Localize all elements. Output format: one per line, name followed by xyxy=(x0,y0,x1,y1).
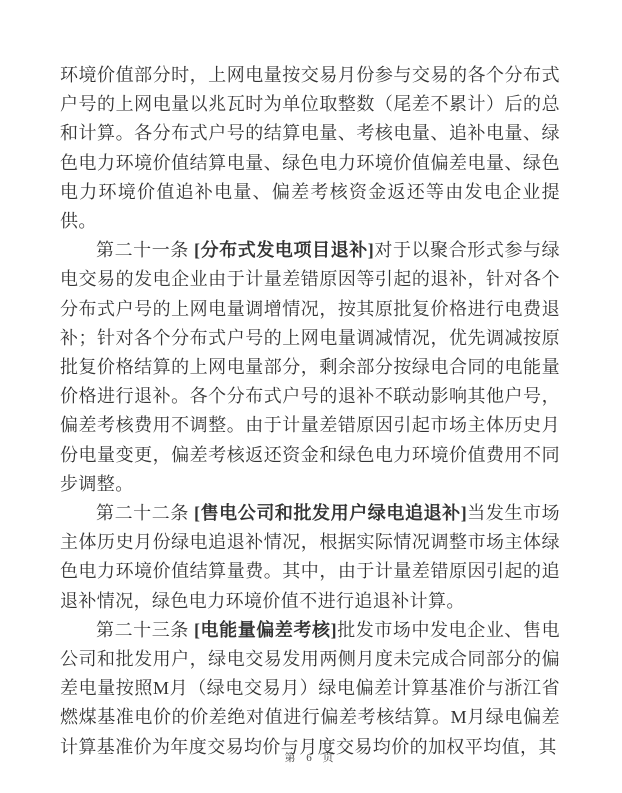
clause-title-run: [电能量偏差考核] xyxy=(194,620,337,640)
text-run: 第二十三条 xyxy=(96,620,194,640)
text-run: 第二十二条 xyxy=(96,503,194,523)
document-body: 环境价值部分时，上网电量按交易月份参与交易的各个分布式户号的上网电量以兆瓦时为单… xyxy=(60,61,560,762)
body-paragraph: 环境价值部分时，上网电量按交易月份参与交易的各个分布式户号的上网电量以兆瓦时为单… xyxy=(60,61,560,236)
text-run: 对于以聚合形式参与绿电交易的发电企业由于计量差错原因等引起的退补，针对各个分布式… xyxy=(60,240,560,494)
page-number: 第 6 页 xyxy=(0,749,622,765)
text-run: 环境价值部分时，上网电量按交易月份参与交易的各个分布式户号的上网电量以兆瓦时为单… xyxy=(60,65,560,231)
text-run: 第二十一条 xyxy=(96,240,194,260)
body-paragraph: 第二十三条 [电能量偏差考核]批发市场中发电企业、售电公司和批发用户，绿电交易发… xyxy=(60,616,560,762)
text-run: 批发市场中发电企业、售电公司和批发用户，绿电交易发用两侧月度未完成合同部分的偏差… xyxy=(60,620,560,757)
body-paragraph: 第二十一条 [分布式发电项目退补]对于以聚合形式参与绿电交易的发电企业由于计量差… xyxy=(60,236,560,499)
body-paragraph: 第二十二条 [售电公司和批发用户绿电追退补]当发生市场主体历史月份绿电追退补情况… xyxy=(60,499,560,616)
clause-title-run: [分布式发电项目退补] xyxy=(194,240,374,260)
clause-title-run: [售电公司和批发用户绿电追退补] xyxy=(194,503,467,523)
document-page: 环境价值部分时，上网电量按交易月份参与交易的各个分布式户号的上网电量以兆瓦时为单… xyxy=(0,0,622,793)
